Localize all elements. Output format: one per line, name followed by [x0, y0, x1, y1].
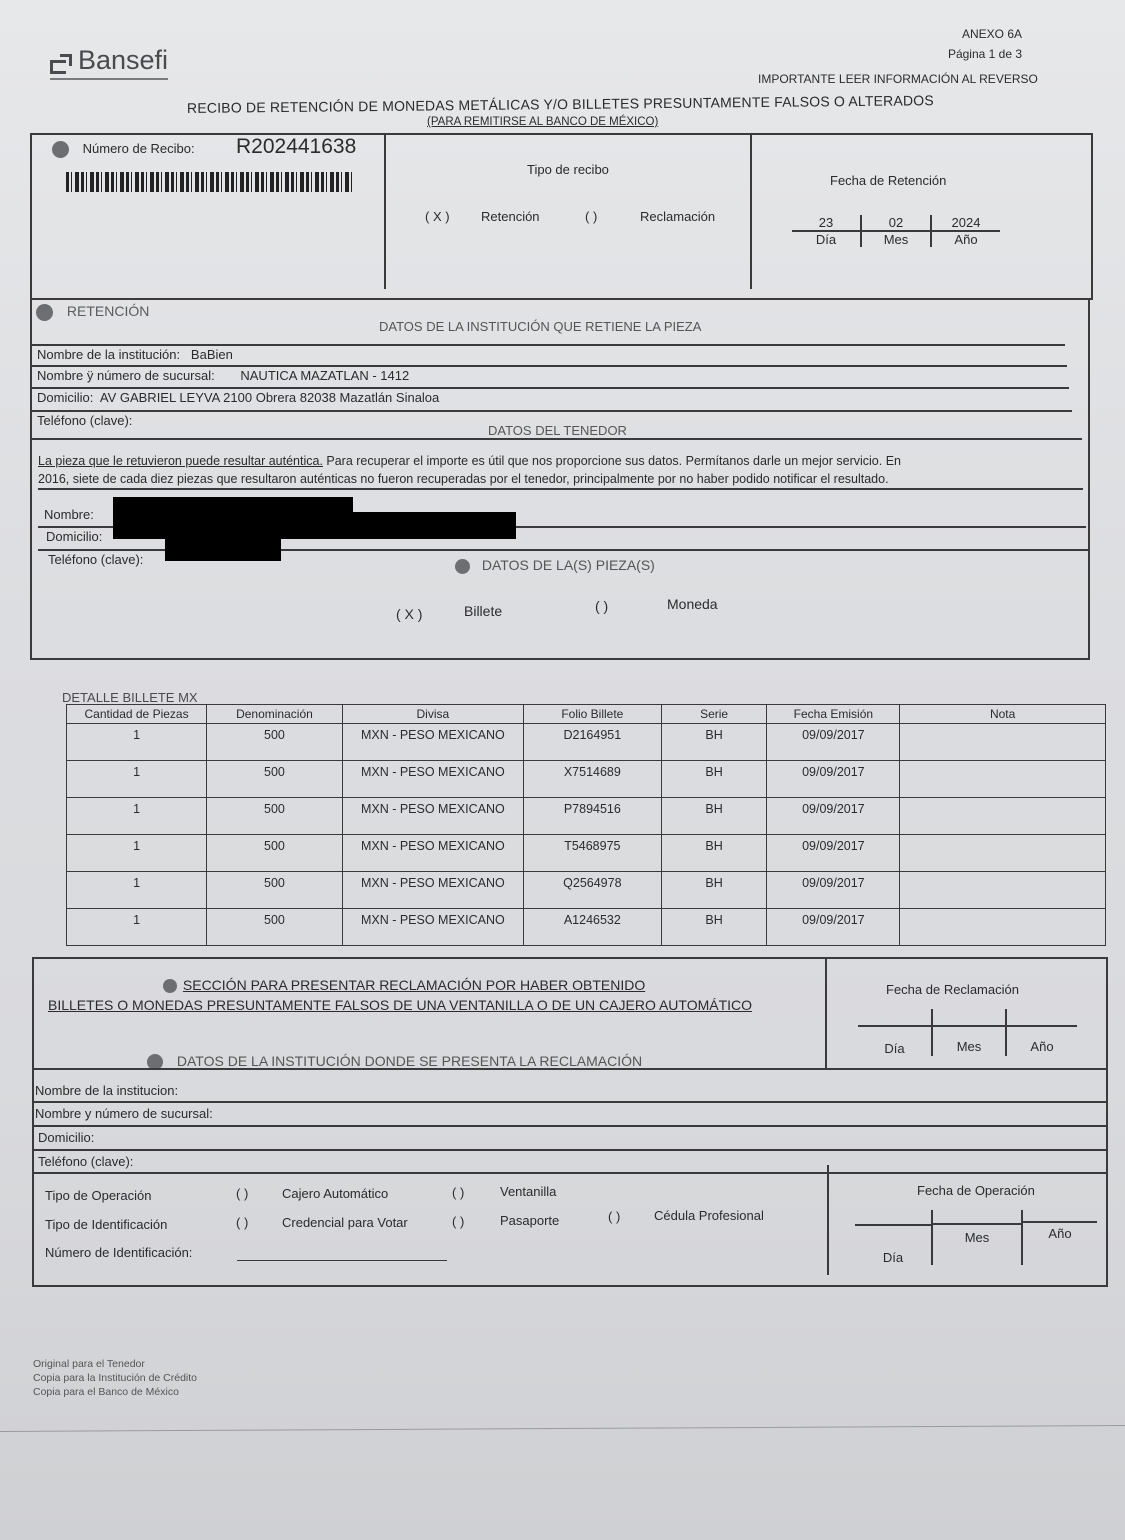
month-label: Mes	[862, 232, 930, 247]
row-line	[32, 410, 1072, 412]
retention-label: Retención	[481, 209, 540, 224]
passport-label: Pasaporte	[500, 1213, 559, 1228]
copy-distribution: Original para el Tenedor Copia para la I…	[33, 1357, 197, 1399]
claim-label: Reclamación	[640, 209, 715, 224]
annex-info: ANEXO 6A Página 1 de 3	[948, 24, 1022, 64]
claim-institution-name-label: Nombre de la institucion:	[35, 1083, 178, 1098]
table-cell: 500	[207, 909, 343, 946]
phone-label: Teléfono (clave):	[37, 413, 132, 428]
table-cell: 1	[67, 909, 207, 946]
bansefi-logo-icon	[50, 54, 74, 76]
atm-checkbox[interactable]: ( )	[236, 1186, 248, 1201]
operation-type-label: Tipo de Operación	[45, 1188, 151, 1203]
column-header: Denominación	[207, 705, 343, 724]
claim-branch-label: Nombre y número de sucursal:	[35, 1106, 213, 1121]
table-row: 1500MXN - PESO MEXICANOA1246532BH09/09/2…	[67, 909, 1106, 946]
retention-day: 23	[792, 215, 860, 232]
table-cell: 500	[207, 724, 343, 761]
table-cell: 1	[67, 724, 207, 761]
table-cell: BH	[661, 724, 767, 761]
table-cell: BH	[661, 761, 767, 798]
table-cell: MXN - PESO MEXICANO	[342, 872, 523, 909]
table-row: 1500MXN - PESO MEXICANOT5468975BH09/09/2…	[67, 835, 1106, 872]
table-row: 1500MXN - PESO MEXICANOD2164951BH09/09/2…	[67, 724, 1106, 761]
year-label: Año	[932, 232, 1000, 247]
fold-line	[0, 1425, 1125, 1432]
table-cell	[900, 761, 1106, 798]
operation-date-label: Fecha de Operación	[917, 1183, 1035, 1198]
table-cell	[900, 724, 1106, 761]
receipt-number-row: Número de Recibo:	[52, 141, 195, 158]
notice-text-2: 2016, siete de cada diez piezas que resu…	[38, 472, 889, 486]
table-cell: 500	[207, 798, 343, 835]
table-cell	[900, 798, 1106, 835]
window-label: Ventanilla	[500, 1184, 556, 1199]
table-cell: 1	[67, 872, 207, 909]
column-header: Cantidad de Piezas	[67, 705, 207, 724]
table-cell: 500	[207, 835, 343, 872]
branch-label: Nombre ÿ número de sucursal:	[37, 368, 215, 383]
holder-name-label: Nombre:	[44, 507, 94, 522]
claim-heading-1: SECCIÓN PARA PRESENTAR RECLAMACIÓN POR H…	[163, 977, 645, 993]
bansefi-logo: Bansefi	[50, 45, 168, 80]
receipt-number-value: R202441638	[236, 135, 356, 159]
column-header: Divisa	[342, 705, 523, 724]
row-line	[32, 1125, 1108, 1127]
retention-month: 02	[862, 215, 930, 232]
institution-name-label: Nombre de la institución:	[37, 347, 180, 362]
receipt-type-label: Tipo de recibo	[527, 162, 609, 177]
claim-phone-label: Teléfono (clave):	[38, 1154, 133, 1169]
op-year-label: Año	[1048, 1226, 1071, 1241]
day-label: Día	[792, 232, 860, 247]
professional-id-label: Cédula Profesional	[654, 1208, 764, 1223]
notice-underlined: La pieza que le retuvieron puede resulta…	[38, 454, 323, 468]
table-cell: D2164951	[523, 724, 661, 761]
claim-month-cell: Mes	[931, 1009, 1005, 1056]
row-line	[38, 488, 1083, 490]
divider	[825, 957, 827, 1069]
coin-checkbox[interactable]: ( )	[595, 598, 608, 614]
institution-name-value: BaBien	[191, 347, 233, 362]
copy-line: Copia para la Institución de Crédito	[33, 1371, 197, 1385]
row-line	[32, 387, 1069, 389]
claim-heading-1-text: SECCIÓN PARA PRESENTAR RECLAMACIÓN POR H…	[183, 977, 645, 993]
table-cell: P7894516	[523, 798, 661, 835]
address-label: Domicilio:	[37, 390, 93, 405]
table-cell: MXN - PESO MEXICANO	[342, 798, 523, 835]
id-number-field[interactable]	[237, 1260, 447, 1261]
barcode	[66, 172, 352, 192]
table-cell: BH	[661, 909, 767, 946]
table-cell: MXN - PESO MEXICANO	[342, 835, 523, 872]
claim-heading-2: BILLETES O MONEDAS PRESUNTAMENTE FALSOS …	[48, 997, 752, 1013]
divider	[827, 1165, 829, 1275]
retention-section-label: RETENCIÓN	[67, 303, 149, 319]
copy-line: Original para el Tenedor	[33, 1357, 197, 1371]
op-year-cell: Año	[1021, 1210, 1097, 1265]
claim-date: Día Mes Año	[858, 1009, 1077, 1056]
table-cell: MXN - PESO MEXICANO	[342, 909, 523, 946]
table-cell: 1	[67, 761, 207, 798]
bill-label: Billete	[464, 603, 502, 619]
logo-text: Bansefi	[78, 45, 168, 76]
op-month-label: Mes	[965, 1230, 990, 1245]
table-cell: A1246532	[523, 909, 661, 946]
claim-year-label: Año	[1030, 1039, 1053, 1054]
table-cell: 500	[207, 761, 343, 798]
document-subtitle: (PARA REMITIRSE AL BANCO DE MÉXICO)	[427, 116, 658, 128]
coin-label: Moneda	[667, 596, 718, 612]
row-line	[32, 1149, 1108, 1151]
table-cell: 1	[67, 798, 207, 835]
voter-id-checkbox[interactable]: ( )	[236, 1215, 248, 1230]
table-row: 1500MXN - PESO MEXICANOX7514689BH09/09/2…	[67, 761, 1106, 798]
professional-id-checkbox[interactable]: ( )	[608, 1209, 620, 1224]
claim-month-label: Mes	[957, 1039, 982, 1054]
receipt-number-label: Número de Recibo:	[83, 141, 195, 156]
table-cell: 09/09/2017	[767, 724, 900, 761]
institution-name-row: Nombre de la institución: BaBien	[37, 347, 233, 362]
table-cell: Q2564978	[523, 872, 661, 909]
bill-detail-heading: DETALLE BILLETE MX	[62, 690, 198, 705]
holder-address-label: Domicilio:	[46, 529, 102, 544]
claim-date-label: Fecha de Reclamación	[886, 982, 1019, 997]
holder-phone-label: Teléfono (clave):	[48, 552, 143, 567]
redaction-phone	[165, 535, 281, 561]
document-title: RECIBO DE RETENCIÓN DE MONEDAS METÁLICAS…	[187, 92, 934, 116]
holder-heading: DATOS DEL TENEDOR	[488, 423, 627, 438]
branch-row: Nombre ÿ número de sucursal: NAUTICA MAZ…	[37, 368, 409, 383]
column-header: Folio Billete	[523, 705, 661, 724]
atm-label: Cajero Automático	[282, 1186, 388, 1201]
table-cell: MXN - PESO MEXICANO	[342, 761, 523, 798]
claim-checkbox[interactable]: ( )	[585, 209, 597, 224]
id-number-label: Número de Identificación:	[45, 1245, 192, 1260]
address-value: AV GABRIEL LEYVA 2100 Obrera 82038 Mazat…	[100, 390, 439, 405]
table-cell	[900, 835, 1106, 872]
table-cell: 09/09/2017	[767, 909, 900, 946]
voter-id-label: Credencial para Votar	[282, 1215, 408, 1230]
table-cell: BH	[661, 835, 767, 872]
column-header: Nota	[900, 705, 1106, 724]
table-cell	[900, 909, 1106, 946]
table-cell: X7514689	[523, 761, 661, 798]
address-row: Domicilio: AV GABRIEL LEYVA 2100 Obrera …	[37, 390, 439, 405]
row-line	[32, 438, 1082, 440]
branch-value: NAUTICA MAZATLAN - 1412	[240, 368, 409, 383]
table-cell: 500	[207, 872, 343, 909]
retention-year: 2024	[932, 215, 1000, 232]
column-header: Fecha Emisión	[767, 705, 900, 724]
op-day-label: Día	[855, 1224, 931, 1265]
table-cell: 1	[67, 835, 207, 872]
table-cell: T5468975	[523, 835, 661, 872]
section-bullet-icon	[52, 141, 69, 158]
table-row: 1500MXN - PESO MEXICANOQ2564978BH09/09/2…	[67, 872, 1106, 909]
passport-checkbox[interactable]: ( )	[452, 1214, 464, 1229]
section-bullet-icon	[455, 559, 470, 574]
retention-date: 23 Día 02 Mes 2024 Año	[792, 215, 1000, 247]
column-header: Serie	[661, 705, 767, 724]
divider	[384, 133, 386, 289]
table-cell: 09/09/2017	[767, 798, 900, 835]
section-bullet-icon	[163, 979, 177, 993]
claim-address-label: Domicilio:	[38, 1130, 94, 1145]
window-checkbox[interactable]: ( )	[452, 1185, 464, 1200]
annex-label: ANEXO 6A	[948, 24, 1022, 44]
row-line	[32, 365, 1067, 367]
retention-checkbox[interactable]: ( X )	[425, 209, 450, 224]
notice-text-1: Para recuperar el importe es útil que no…	[323, 454, 901, 468]
row-line	[32, 1101, 1108, 1103]
table-cell	[900, 872, 1106, 909]
op-month-cell: Mes	[931, 1210, 1021, 1265]
pieces-heading-text: DATOS DE LA(S) PIEZA(S)	[482, 557, 655, 573]
page-number: Página 1 de 3	[948, 44, 1022, 64]
retention-date-label: Fecha de Retención	[830, 173, 946, 188]
retention-section-title: RETENCIÓN	[36, 303, 149, 321]
table-cell: 09/09/2017	[767, 761, 900, 798]
row-line	[32, 1068, 1108, 1070]
table-cell: BH	[661, 872, 767, 909]
bill-detail-table: Cantidad de PiezasDenominaciónDivisaFoli…	[66, 704, 1106, 946]
row-line	[32, 344, 1065, 346]
operation-date: Día Mes Año	[855, 1210, 1097, 1265]
section-bullet-icon	[36, 304, 53, 321]
id-type-label: Tipo de Identificación	[45, 1217, 167, 1232]
institution-heading: DATOS DE LA INSTITUCIÓN QUE RETIENE LA P…	[379, 319, 701, 334]
bill-checkbox[interactable]: ( X )	[396, 606, 422, 622]
table-row: 1500MXN - PESO MEXICANOP7894516BH09/09/2…	[67, 798, 1106, 835]
divider	[750, 133, 752, 289]
copy-line: Copia para el Banco de México	[33, 1385, 197, 1399]
claim-year-cell: Año	[1005, 1009, 1077, 1056]
table-cell: 09/09/2017	[767, 835, 900, 872]
holder-notice: La pieza que le retuvieron puede resulta…	[38, 452, 1083, 488]
table-cell: 09/09/2017	[767, 872, 900, 909]
important-note: IMPORTANTE LEER INFORMACIÓN AL REVERSO	[758, 72, 1038, 86]
claim-day-label: Día	[858, 1025, 931, 1056]
table-cell: MXN - PESO MEXICANO	[342, 724, 523, 761]
row-line	[32, 1172, 1108, 1174]
claim-institution-heading-text: DATOS DE LA INSTITUCIÓN DONDE SE PRESENT…	[177, 1053, 642, 1069]
table-cell: BH	[661, 798, 767, 835]
pieces-heading: DATOS DE LA(S) PIEZA(S)	[455, 557, 655, 574]
